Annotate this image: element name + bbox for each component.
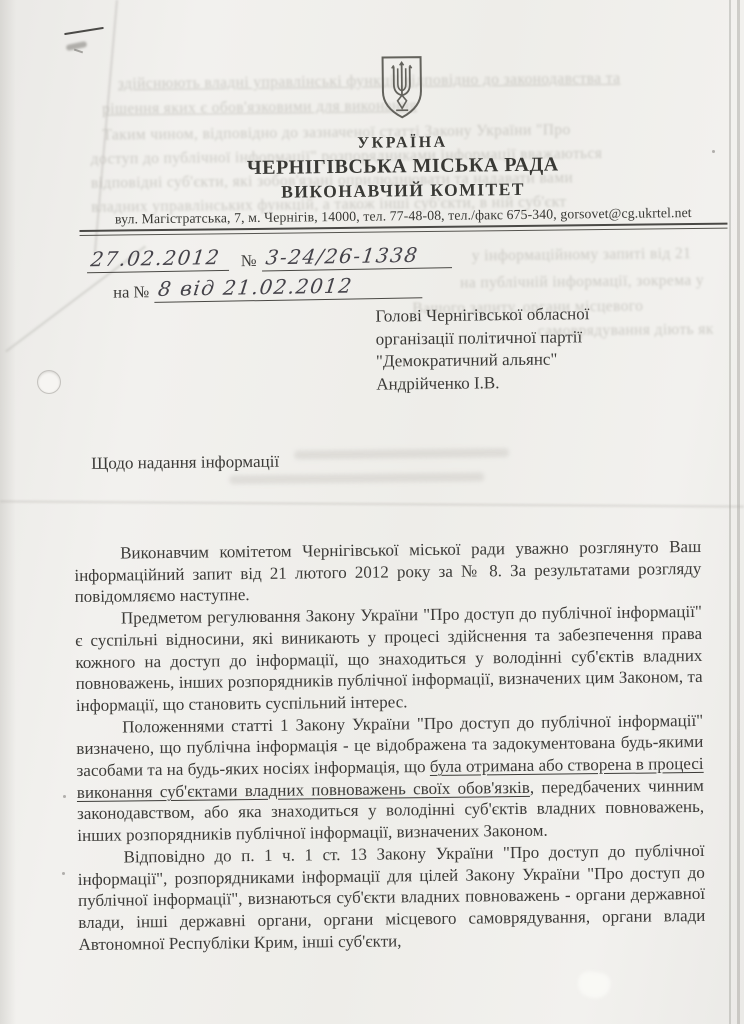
bleedthrough-smudge [229, 472, 484, 484]
subject-line: Щодо надання інформації [91, 452, 279, 474]
department-name: ВИКОНАВЧИЙ КОМІТЕТ [79, 177, 727, 205]
addressee-block: Голові Чернігівської обласної організаці… [375, 303, 590, 396]
addressee-line: організації політичної партії [376, 326, 590, 351]
body-paragraph: Відповідно до п. 1 ч. 1 ст. 13 Закону Ук… [77, 840, 705, 956]
addressee-line: "Демократичний альянс" [376, 348, 590, 373]
bleedthrough-line: на публічній інформації, зокрема у [460, 272, 704, 293]
letter-body: Виконавчим комітетом Чернігівської міськ… [74, 536, 706, 955]
incoming-ref-blank-line: 8 від 21.02.2012 [154, 272, 422, 303]
addressee-line: Андрійченко І.В. [376, 371, 590, 396]
scanned-letter-page: здійснюють владні управлінські функції в… [0, 0, 744, 1024]
outgoing-number-handwritten: 3-24/26-1338 [260, 243, 424, 271]
body-paragraph: Виконавчим комітетом Чернігівської міськ… [74, 536, 702, 608]
body-paragraph: Положеннями статті 1 Закону України "Про… [76, 710, 704, 847]
number-blank-line: 3-24/26-1338 [261, 242, 451, 271]
trident-emblem-icon [379, 54, 426, 126]
date-blank-line: 27.02.2012 [87, 245, 229, 273]
outgoing-number-label: № [241, 251, 257, 271]
incoming-ref-label: на № [113, 282, 149, 302]
bleedthrough-line: у інформаційному запиті від 21 [472, 245, 692, 265]
document-content: здійснюють владні управлінські функції в… [0, 0, 744, 1024]
incoming-ref-handwritten: 8 від 21.02.2012 [153, 273, 359, 302]
body-paragraph: Предметом регулювання Закону України "Пр… [75, 601, 703, 717]
outgoing-ref-row: 27.02.2012№3-24/26-1338 [87, 243, 452, 273]
reference-block: 27.02.2012№3-24/26-1338 на №8 від 21.02.… [87, 243, 452, 303]
bleedthrough-smudge [294, 448, 509, 459]
outgoing-date-handwritten: 27.02.2012 [85, 245, 226, 272]
incoming-ref-row: на №8 від 21.02.2012 [113, 273, 452, 303]
letterhead: УКРАЇНА ЧЕРНІГІВСЬКА МІСЬКА РАДА ВИКОНАВ… [78, 51, 728, 236]
addressee-line: Голові Чернігівської обласної [375, 303, 589, 328]
